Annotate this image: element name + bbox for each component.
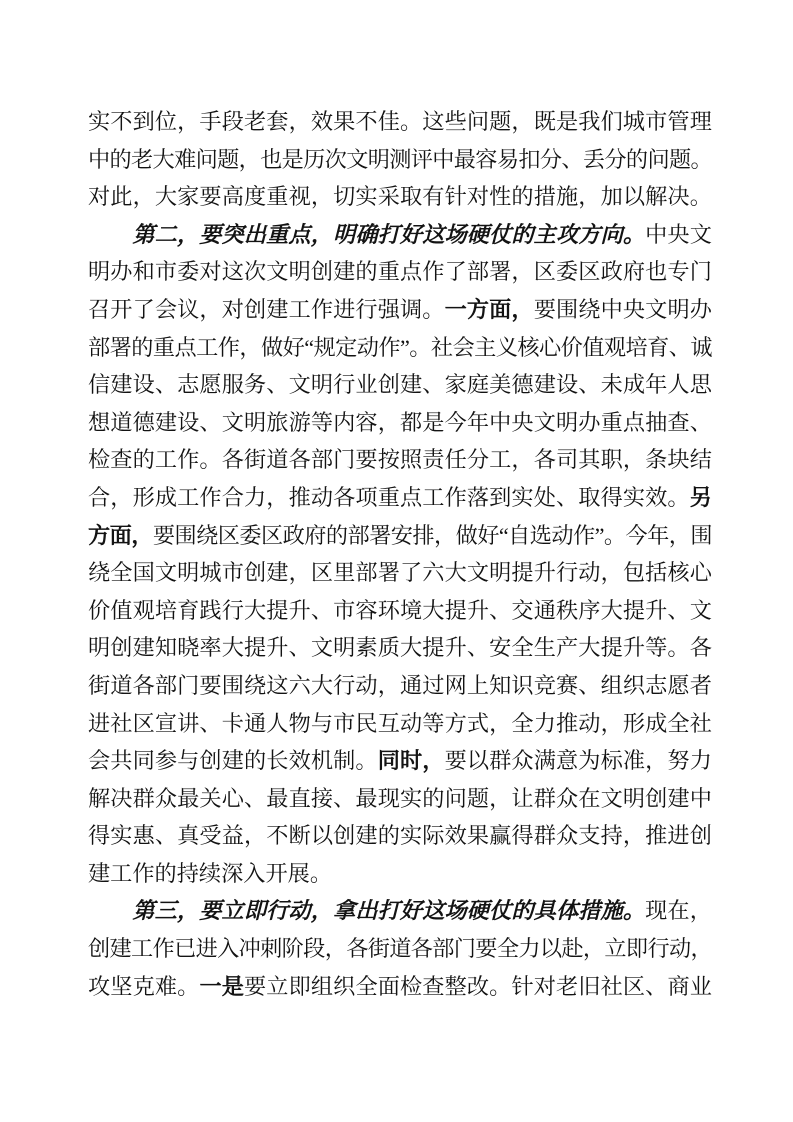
text-line-content: 对此，大家要高度重视，切实采取有针对性的措施，加以解决。	[88, 184, 712, 209]
text-line-content: 街道各部门要围绕这六大行动，通过网上知识竞赛、组织志愿者	[88, 673, 712, 698]
text-run: 要立即组织全面检查整改。针对老旧社区、商业	[244, 974, 712, 999]
text-line: 明创建知晓率大提升、文明素质大提升、安全生产大提升等。各	[88, 629, 712, 667]
text-line-content: 想道德建设、文明旅游等内容，都是今年中央文明办重点抽查、	[88, 410, 712, 435]
text-line: 检查的工作。各街道各部门要按照责任分工，各司其职，条块结	[88, 441, 712, 479]
text-run: 要围绕中央文明办	[534, 297, 712, 322]
text-line: 合，形成工作合力，推动各项重点工作落到实处、取得实效。另	[88, 479, 712, 517]
text-run: 实不到位，手段老套，效果不佳。这些问题，既是我们城市管理	[88, 109, 712, 134]
text-run: 解决群众最关心、最直接、最现实的问题，让群众在文明创建中	[88, 786, 712, 811]
text-line-content: 方面，要围绕区委区政府的部署安排，做好“自选动作”。今年，围	[88, 523, 712, 548]
text-line: 中的老大难问题，也是历次文明测评中最容易扣分、丢分的问题。	[88, 141, 712, 179]
document-text: 实不到位，手段老套，效果不佳。这些问题，既是我们城市管理中的老大难问题，也是历次…	[88, 103, 712, 1005]
text-line-content: 解决群众最关心、最直接、最现实的问题，让群众在文明创建中	[88, 786, 712, 811]
text-run: 信建设、志愿服务、文明行业创建、家庭美德建设、未成年人思	[88, 372, 712, 397]
text-run: 中的老大难问题，也是历次文明测评中最容易扣分、丢分的问题。	[88, 147, 712, 172]
text-line: 第二，要突出重点，明确打好这场硬仗的主攻方向。中央文	[88, 216, 712, 254]
text-line: 进社区宣讲、卡通人物与市民互动等方式，全力推动，形成全社	[88, 705, 712, 743]
text-line: 得实惠、真受益，不断以创建的实际效果赢得群众支持，推进创	[88, 817, 712, 855]
text-run: 想道德建设、文明旅游等内容，都是今年中央文明办重点抽查、	[88, 410, 712, 435]
text-line-content: 进社区宣讲、卡通人物与市民互动等方式，全力推动，形成全社	[88, 711, 712, 736]
text-line: 部署的重点工作，做好“规定动作”。社会主义核心价值观培育、诚	[88, 329, 712, 367]
emphasis-run: 一方面，	[445, 297, 534, 322]
text-line-content: 中的老大难问题，也是历次文明测评中最容易扣分、丢分的问题。	[88, 147, 712, 172]
text-line: 方面，要围绕区委区政府的部署安排，做好“自选动作”。今年，围	[88, 517, 712, 555]
text-run: 建工作的持续深入开展。	[88, 861, 332, 886]
text-line-content: 会共同参与创建的长效机制。同时，要以群众满意为标准，努力	[88, 748, 712, 773]
text-line: 想道德建设、文明旅游等内容，都是今年中央文明办重点抽查、	[88, 404, 712, 442]
text-run: 召开了会议，对创建工作进行强调。	[88, 297, 445, 322]
emphasis-run: 一是	[199, 974, 244, 999]
text-line: 信建设、志愿服务、文明行业创建、家庭美德建设、未成年人思	[88, 366, 712, 404]
heading-run: 第三，要立即行动，拿出打好这场硬仗的具体措施。	[132, 898, 645, 923]
text-line-content: 明创建知晓率大提升、文明素质大提升、安全生产大提升等。各	[88, 635, 712, 660]
text-run: 中央文	[645, 222, 712, 247]
text-line-content: 信建设、志愿服务、文明行业创建、家庭美德建设、未成年人思	[88, 372, 712, 397]
text-line: 明办和市委对这次文明创建的重点作了部署，区委区政府也专门	[88, 253, 712, 291]
text-line-content: 攻坚克难。一是要立即组织全面检查整改。针对老旧社区、商业	[88, 974, 712, 999]
text-run: 价值观培育践行大提升、市容环境大提升、交通秩序大提升、文	[88, 598, 712, 623]
heading-run: 第二，要突出重点，明确打好这场硬仗的主攻方向。	[132, 222, 645, 247]
text-line-content: 实不到位，手段老套，效果不佳。这些问题，既是我们城市管理	[88, 109, 712, 134]
text-line: 解决群众最关心、最直接、最现实的问题，让群众在文明创建中	[88, 780, 712, 818]
emphasis-run: 方面，	[88, 523, 153, 548]
text-line: 对此，大家要高度重视，切实采取有针对性的措施，加以解决。	[88, 178, 712, 216]
text-line-content: 检查的工作。各街道各部门要按照责任分工，各司其职，条块结	[88, 447, 712, 472]
text-run: 绕全国文明城市创建，区里部署了六大文明提升行动，包括核心	[88, 560, 712, 585]
text-run: 要围绕区委区政府的部署安排，做好“自选动作”。今年，围	[153, 523, 712, 548]
text-line-content: 得实惠、真受益，不断以创建的实际效果赢得群众支持，推进创	[88, 823, 712, 848]
text-line: 建工作的持续深入开展。	[88, 855, 712, 893]
text-run: 检查的工作。各街道各部门要按照责任分工，各司其职，条块结	[88, 447, 712, 472]
text-line: 价值观培育践行大提升、市容环境大提升、交通秩序大提升、文	[88, 592, 712, 630]
text-line: 攻坚克难。一是要立即组织全面检查整改。针对老旧社区、商业	[88, 968, 712, 1006]
text-run: 创建工作已进入冲刺阶段，各街道各部门要全力以赴，立即行动，	[88, 936, 712, 961]
document-page: 实不到位，手段老套，效果不佳。这些问题，既是我们城市管理中的老大难问题，也是历次…	[0, 0, 793, 1122]
text-line-content: 创建工作已进入冲刺阶段，各街道各部门要全力以赴，立即行动，	[88, 936, 712, 961]
emphasis-run: 另	[690, 485, 712, 510]
text-line-content: 绕全国文明城市创建，区里部署了六大文明提升行动，包括核心	[88, 560, 712, 585]
text-run: 进社区宣讲、卡通人物与市民互动等方式，全力推动，形成全社	[88, 711, 712, 736]
text-run: 得实惠、真受益，不断以创建的实际效果赢得群众支持，推进创	[88, 823, 712, 848]
text-run: 现在，	[645, 898, 712, 923]
text-run: 合，形成工作合力，推动各项重点工作落到实处、取得实效。	[88, 485, 690, 510]
text-line-content: 第三，要立即行动，拿出打好这场硬仗的具体措施。现在，	[132, 898, 712, 923]
text-line: 会共同参与创建的长效机制。同时，要以群众满意为标准，努力	[88, 742, 712, 780]
text-line-content: 价值观培育践行大提升、市容环境大提升、交通秩序大提升、文	[88, 598, 712, 623]
text-run: 攻坚克难。	[88, 974, 199, 999]
emphasis-run: 同时，	[378, 748, 445, 773]
text-line-content: 第二，要突出重点，明确打好这场硬仗的主攻方向。中央文	[132, 222, 712, 247]
text-line: 第三，要立即行动，拿出打好这场硬仗的具体措施。现在，	[88, 892, 712, 930]
text-run: 要以群众满意为标准，努力	[445, 748, 712, 773]
text-line: 召开了会议，对创建工作进行强调。一方面，要围绕中央文明办	[88, 291, 712, 329]
text-line: 绕全国文明城市创建，区里部署了六大文明提升行动，包括核心	[88, 554, 712, 592]
text-line: 实不到位，手段老套，效果不佳。这些问题，既是我们城市管理	[88, 103, 712, 141]
text-run: 部署的重点工作，做好“规定动作”。社会主义核心价值观培育、诚	[88, 335, 712, 360]
text-line-content: 合，形成工作合力，推动各项重点工作落到实处、取得实效。另	[88, 485, 712, 510]
text-run: 对此，大家要高度重视，切实采取有针对性的措施，加以解决。	[88, 184, 712, 209]
text-line-content: 部署的重点工作，做好“规定动作”。社会主义核心价值观培育、诚	[88, 335, 712, 360]
text-run: 明创建知晓率大提升、文明素质大提升、安全生产大提升等。各	[88, 635, 712, 660]
text-line-content: 召开了会议，对创建工作进行强调。一方面，要围绕中央文明办	[88, 297, 712, 322]
text-run: 街道各部门要围绕这六大行动，通过网上知识竞赛、组织志愿者	[88, 673, 712, 698]
text-line-content: 建工作的持续深入开展。	[88, 861, 332, 886]
text-run: 会共同参与创建的长效机制。	[88, 748, 378, 773]
text-line-content: 明办和市委对这次文明创建的重点作了部署，区委区政府也专门	[88, 259, 712, 284]
text-run: 明办和市委对这次文明创建的重点作了部署，区委区政府也专门	[88, 259, 712, 284]
text-line: 街道各部门要围绕这六大行动，通过网上知识竞赛、组织志愿者	[88, 667, 712, 705]
text-line: 创建工作已进入冲刺阶段，各街道各部门要全力以赴，立即行动，	[88, 930, 712, 968]
